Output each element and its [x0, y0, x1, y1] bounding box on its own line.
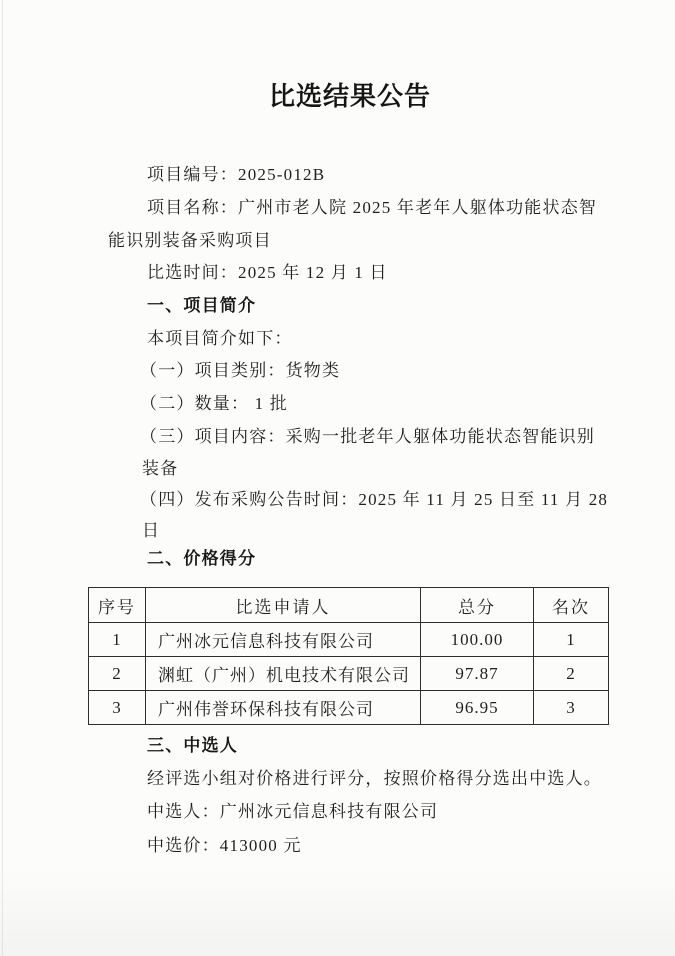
section1-heading: 一、项目简介: [147, 294, 256, 318]
cell-total-score: 96.95: [421, 691, 534, 725]
col-header-total-score: 总分: [421, 588, 534, 623]
section1-item4-line-2: 日: [142, 519, 160, 543]
section1-item3-line-1: （三）项目内容：采购一批老年人躯体功能状态智能识别: [140, 425, 595, 449]
section1-item1: （一）项目类别：货物类: [140, 359, 340, 383]
cell-rank: 2: [534, 657, 609, 691]
cell-rank: 1: [534, 623, 609, 657]
price-score-table: 序号 比选申请人 总分 名次 1 广州冰元信息科技有限公司 100.00 1 2…: [88, 587, 609, 725]
table-row: 2 渊虹（广州）机电技术有限公司 97.87 2: [89, 657, 609, 691]
page-title: 比选结果公告: [88, 76, 612, 113]
col-header-index: 序号: [89, 588, 146, 623]
project-name-line-1: 项目名称：广州市老人院 2025 年老年人躯体功能状态智: [147, 196, 597, 220]
col-header-applicant: 比选申请人: [146, 588, 421, 623]
cell-total-score: 100.00: [421, 623, 534, 657]
section1-item2: （二）数量： 1 批: [140, 392, 288, 416]
col-header-rank: 名次: [534, 588, 609, 623]
table-row: 1 广州冰元信息科技有限公司 100.00 1: [89, 623, 609, 657]
winning-price-line: 中选价：413000 元: [147, 834, 302, 858]
cell-applicant: 广州冰元信息科技有限公司: [146, 623, 421, 657]
project-number-line: 项目编号：2025-012B: [147, 163, 325, 187]
section1-intro: 本项目简介如下：: [147, 327, 293, 351]
winner-line: 中选人：广州冰元信息科技有限公司: [147, 800, 438, 824]
cell-index: 2: [89, 657, 146, 691]
cell-applicant: 广州伟誉环保科技有限公司: [146, 691, 421, 725]
table-row: 3 广州伟誉环保科技有限公司 96.95 3: [89, 691, 609, 725]
cell-index: 3: [89, 691, 146, 725]
table-header-row: 序号 比选申请人 总分 名次: [89, 588, 609, 623]
section1-item4-line-1: （四）发布采购公告时间：2025 年 11 月 25 日至 11 月 28: [140, 488, 608, 512]
announcement-page: 比选结果公告 项目编号：2025-012B 项目名称：广州市老人院 2025 年…: [0, 0, 675, 956]
cell-total-score: 97.87: [421, 657, 534, 691]
section3-heading: 三、中选人: [147, 734, 238, 758]
cell-index: 1: [89, 623, 146, 657]
selection-date-line: 比选时间：2025 年 12 月 1 日: [147, 261, 388, 285]
project-name-line-2: 能识别装备采购项目: [108, 229, 272, 253]
section3-description: 经评选小组对价格进行评分，按照价格得分选出中选人。: [147, 767, 602, 791]
section2-heading: 二、价格得分: [147, 547, 256, 571]
section1-item3-line-2: 装备: [142, 457, 178, 481]
cell-rank: 3: [534, 691, 609, 725]
cell-applicant: 渊虹（广州）机电技术有限公司: [146, 657, 421, 691]
